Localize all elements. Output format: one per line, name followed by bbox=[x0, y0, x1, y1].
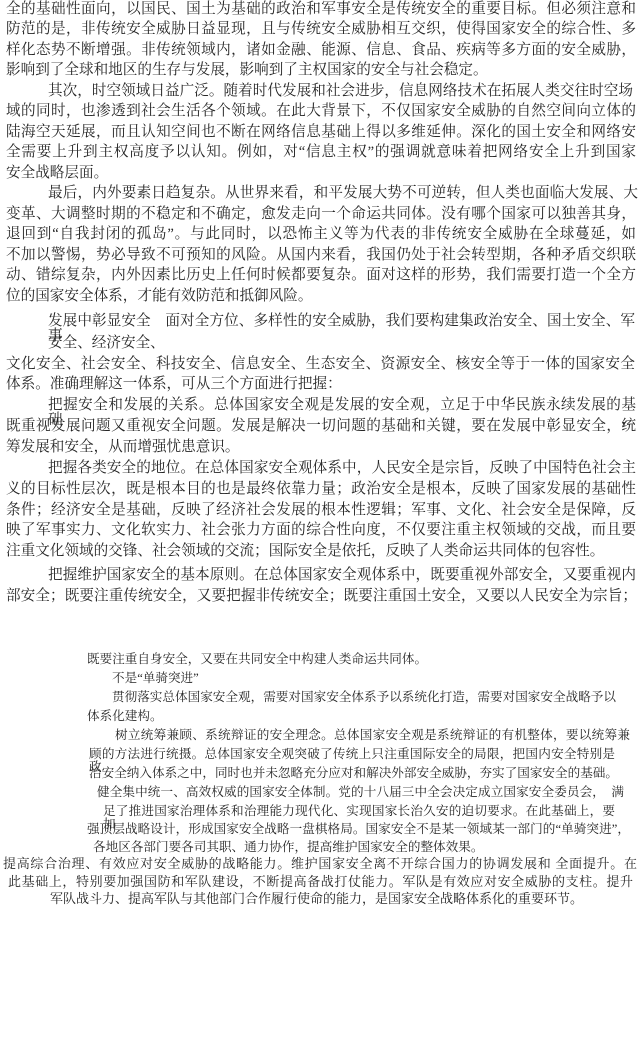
text-line: 陆海空天延展，而且认知空间也不断在网络信息基础上得以多维延伸。深化的国土安全和网… bbox=[6, 125, 636, 140]
text-line: 贯彻落实总体国家安全观，需要对国家安全体系予以系统化打造，需要对国家安全战略予以 bbox=[112, 691, 616, 704]
text-line: 安全、经济安全、 bbox=[48, 336, 165, 351]
text-line: 最后，内外要素日趋复杂。从世界来看，和平发展大势不可逆转，但人类也面临大发展、大 bbox=[48, 186, 638, 201]
text-line: 影响到了全球和地区的生存与发展，影响到了主权国家的安全与社会稳定。 bbox=[6, 63, 488, 78]
text-line: 条件；经济安全是基础，反映了经济社会发展的根本性逻辑；军事、文化、社会安全是保障… bbox=[6, 503, 636, 518]
text-line: 动、错综复杂，内外因素比历史上任何时候都要复杂。面对这样的形势，我们需要打造一个… bbox=[6, 268, 636, 283]
text-line: 树立统筹兼顾、系统辩证的安全理念。总体国家安全观是系统辩证的有机整体，要以统筹兼 bbox=[115, 729, 630, 742]
text-line: 文化安全、社会安全、科技安全、信息安全、生态安全、资源安全、核安全等于一体的国家… bbox=[6, 357, 635, 372]
text-line: 义的目标性层次，既是根本目的也是最终依靠力量；政治安全是根本，反映了国家发展的基… bbox=[6, 482, 636, 497]
text-line: 部安全；既要注重传统安全，又要把握非传统安全；既要注重国土安全，又要以人民安全为… bbox=[6, 589, 637, 604]
text-line: 体系化建构。 bbox=[87, 710, 163, 723]
text-line: 不是“单骑突进” bbox=[112, 672, 199, 685]
text-line: 军队战斗力、提高军队与其他部门合作履行使命的能力，是国家安全战略体系化的重要环节… bbox=[50, 892, 583, 906]
text-line: 各地区各部门要各司其职、通力协作，提高维护国家安全的整体效果。 bbox=[93, 841, 483, 854]
document-text-layer: 全的基础性面向，以国民、国土为基础的政治和军事安全是传统安全的重要目标。但必须注… bbox=[0, 0, 640, 1060]
text-line: 全的基础性面向，以国民、国土为基础的政治和军事安全是传统安全的重要目标。但必须注… bbox=[6, 2, 636, 17]
text-line: 体系。准确理解这一体系，可从三个方面进行把握： bbox=[6, 377, 342, 392]
text-line: 强顶层战略设计，形成国家安全战略一盘棋格局。国家安全不是某一领域某一部门的“单骑… bbox=[87, 823, 630, 836]
text-line: 样化态势不断增强。非传统领域内，诸如金融、能源、信息、食品、疾病等多方面的安全威… bbox=[6, 43, 636, 58]
text-line: 健全集中统一、高效权威的国家安全体制。党的十八届三中全会决定成立国家安全委员会，… bbox=[97, 786, 624, 799]
text-line: 治安全纳入体系之中，同时也并未忽略充分应对和解决外部安全威胁，夯实了国家安全的基… bbox=[89, 767, 618, 780]
text-line: 变革、大调整时期的不稳定和不确定，愈发走向一个命运共同体。没有哪个国家可以独善其… bbox=[6, 207, 636, 222]
text-line: 域的同时，也渗透到社会生活各个领域。在此大背景下，不仅国家安全威胁的自然空间向立… bbox=[6, 104, 636, 119]
text-line: 安全战略层面。 bbox=[6, 166, 108, 181]
text-line: 既要注重自身安全，又要在共同安全中构建人类命运共同体。 bbox=[87, 653, 427, 666]
text-line: 既重视发展问题又重视安全问题。发展是解决一切问题的基础和关键，要在发展中彰显安全… bbox=[6, 419, 636, 434]
text-line: 防范的是，非传统安全威胁日益显现，且与传统安全威胁相互交织，使得国家安全的综合性… bbox=[6, 22, 636, 37]
text-line: 注重文化领域的交锋、社会领域的交流；国际安全是依托，反映了人类命运共同体的包容性… bbox=[6, 544, 604, 559]
text-line: 此基础上，特别要加强国防和军队建设，不断提高备战打仗能力。军队是有效应对安全威胁… bbox=[8, 875, 633, 889]
text-line: 不加以警惕，势必导致不可预知的风险。从国内来看，我国仍处于社会转型期，各种矛盾交… bbox=[6, 248, 636, 263]
text-line: 把握各类安全的地位。在总体国家安全观体系中，人民安全是宗旨，反映了中国特色社会主 bbox=[48, 461, 636, 476]
text-line: 退回到“自我封闭的孤岛”。与此同时，以恐怖主义等为代表的非传统安全威胁在全球蔓延… bbox=[6, 227, 636, 242]
text-line: 映了军事实力、文化软实力、社会张力方面的综合性向度，不仅要注重主权领域的交战，而… bbox=[6, 523, 636, 538]
text-line: 筹发展和安全，从而增强忧患意识。 bbox=[6, 440, 240, 455]
text-line: 把握维护国家安全的基本原则。在总体国家安全观体系中，既要重视外部安全，又要重视内 bbox=[48, 568, 636, 583]
text-line: 全需要上升到主权高度予以认知。例如，对“信息主权”的强调就意味着把网络安全上升到… bbox=[6, 145, 636, 160]
text-line: 提高综合治理、有效应对安全威胁的战略能力。维护国家安全离不开综合国力的协调发展和… bbox=[3, 857, 637, 871]
document-page: 全的基础性面向，以国民、国土为基础的政治和军事安全是传统安全的重要目标。但必须注… bbox=[0, 0, 640, 1060]
text-line: 位的国家安全体系，才能有效防范和抵御风险。 bbox=[6, 289, 312, 304]
text-line: 其次，时空领域日益广泛。随着时代发展和社会进步，信息网络技术在拓展人类交往时空场 bbox=[48, 84, 633, 99]
